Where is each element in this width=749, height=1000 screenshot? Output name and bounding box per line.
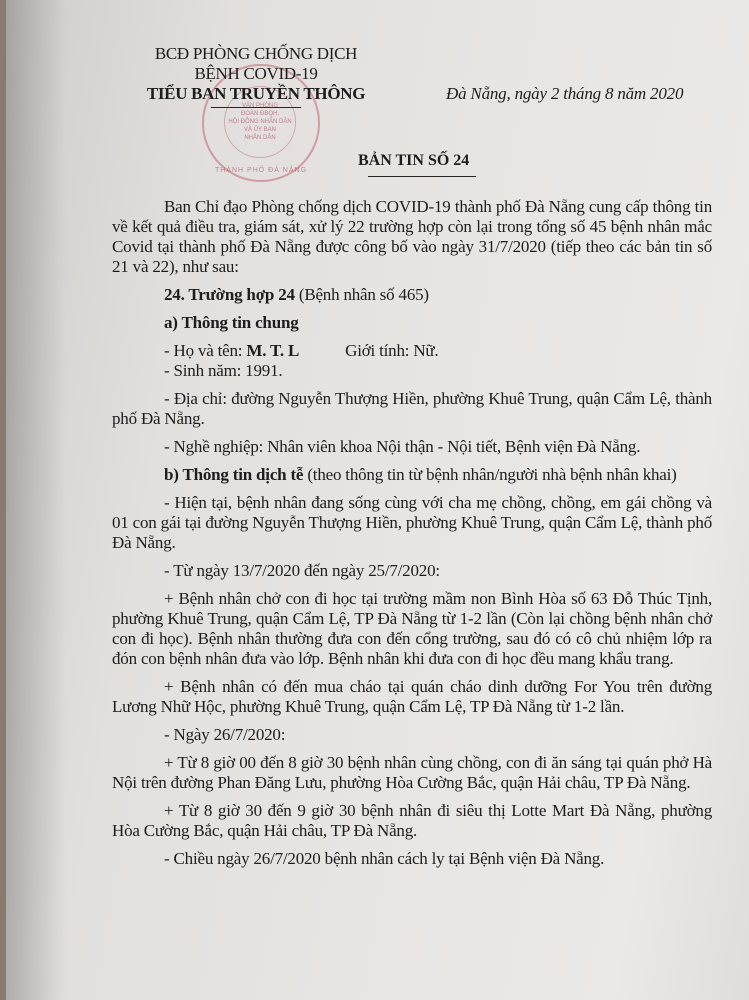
period-1-heading: - Từ ngày 13/7/2020 đến ngày 25/7/2020: bbox=[112, 561, 712, 581]
section-a-heading: a) Thông tin chung bbox=[112, 313, 712, 333]
org-line-1: BCĐ PHÒNG CHỐNG DỊCH bbox=[126, 44, 386, 64]
seal-line: ĐOÀN ĐBQH, bbox=[241, 110, 279, 118]
birth-year: - Sinh năm: 1991. bbox=[112, 361, 712, 381]
org-line-3: TIỂU BAN TRUYỀN THÔNG bbox=[126, 84, 386, 104]
title-underline bbox=[368, 176, 476, 177]
name-line: - Họ và tên: M. T. LGiới tính: Nữ. bbox=[112, 341, 712, 361]
section-b-heading: b) Thông tin dịch tễ (theo thông tin từ … bbox=[112, 465, 712, 485]
case-heading-rest: (Bệnh nhân số 465) bbox=[295, 285, 429, 304]
gender: Giới tính: Nữ. bbox=[345, 341, 438, 360]
period-1-item: + Bệnh nhân chở con đi học tại trường mầ… bbox=[112, 589, 712, 669]
issuing-authority: BCĐ PHÒNG CHỐNG DỊCH BỆNH COVID-19 TIỂU … bbox=[126, 44, 386, 104]
page-shadow bbox=[6, 0, 66, 1000]
section-b-heading-rest: (theo thông tin từ bệnh nhân/người nhà b… bbox=[303, 465, 676, 484]
document-page: VĂN PHÒNG ĐOÀN ĐBQH, HỘI ĐỒNG NHÂN DÂN V… bbox=[6, 0, 749, 1000]
period-2-item: + Từ 8 giờ 00 đến 8 giờ 30 bệnh nhân cùn… bbox=[112, 753, 712, 793]
period-2-heading: - Ngày 26/7/2020: bbox=[112, 725, 712, 745]
org-line-2: BỆNH COVID-19 bbox=[126, 64, 386, 84]
seal-ring-text: THÀNH PHỐ ĐÀ NẴNG bbox=[204, 167, 318, 174]
intro-paragraph: Ban Chỉ đạo Phòng chống dịch COVID-19 th… bbox=[112, 197, 712, 277]
closing-line: - Chiều ngày 26/7/2020 bệnh nhân cách ly… bbox=[112, 849, 712, 869]
period-1-item: + Bệnh nhân có đến mua cháo tại quán chá… bbox=[112, 677, 712, 717]
document-body: Ban Chỉ đạo Phòng chống dịch COVID-19 th… bbox=[112, 197, 712, 877]
document-date: Đà Nẵng, ngày 2 tháng 8 năm 2020 bbox=[446, 84, 683, 104]
case-heading-bold: 24. Trường hợp 24 bbox=[164, 285, 295, 304]
seal-line: NHÂN DÂN bbox=[244, 134, 275, 142]
address: - Địa chỉ: đường Nguyễn Thượng Hiền, phư… bbox=[112, 389, 712, 429]
occupation: - Nghề nghiệp: Nhân viên khoa Nội thận -… bbox=[112, 437, 712, 457]
seal-line: VÀ ỦY BAN bbox=[244, 126, 276, 134]
document-title: BẢN TIN SỐ 24 bbox=[358, 152, 469, 170]
case-heading: 24. Trường hợp 24 (Bệnh nhân số 465) bbox=[112, 285, 712, 305]
name-label: - Họ và tên: bbox=[164, 341, 246, 360]
seal-line: HỘI ĐỒNG NHÂN DÂN bbox=[228, 118, 291, 126]
name-value: M. T. L bbox=[246, 341, 299, 360]
header-underline bbox=[211, 107, 301, 108]
living-info: - Hiện tại, bệnh nhân đang sống cùng với… bbox=[112, 493, 712, 553]
section-b-heading-bold: b) Thông tin dịch tễ bbox=[164, 465, 303, 484]
period-2-item: + Từ 8 giờ 30 đến 9 giờ 30 bệnh nhân đi … bbox=[112, 801, 712, 841]
